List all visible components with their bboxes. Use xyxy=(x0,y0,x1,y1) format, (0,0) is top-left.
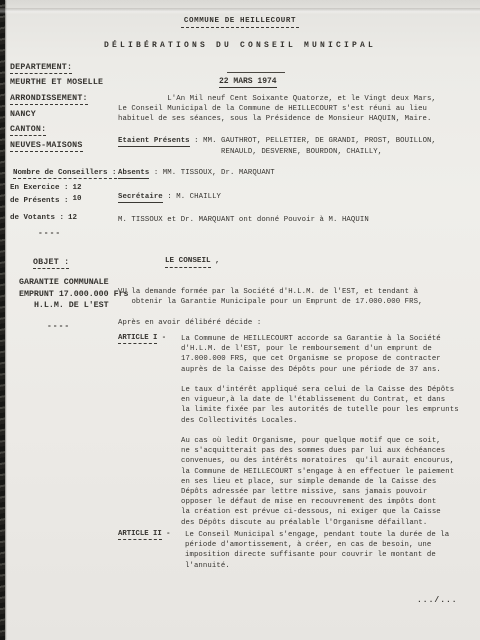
arrondissement-value: NANCY xyxy=(10,110,36,119)
canton-label: CANTON: xyxy=(10,125,46,136)
departement-label: DEPARTEMENT: xyxy=(10,63,72,74)
conseillers-title: Nombre de Conseillers : xyxy=(13,169,117,179)
article-2-label: ARTICLE II - xyxy=(118,530,175,540)
count-label: de Votants : xyxy=(10,214,64,222)
session-date: 22 MARS 1974 xyxy=(219,77,277,88)
canton-value: NEUVES-MAISONS xyxy=(10,141,83,152)
title-divider-line xyxy=(227,72,285,73)
absents-line: Absents : MM. TISSOUX, Dr. MARQUANT xyxy=(118,168,468,179)
vu-paragraph: VU la demande formée par la Société d'H.… xyxy=(118,287,473,307)
count-votants: de Votants :12 xyxy=(10,214,77,222)
continuation-mark: .../... xyxy=(417,596,458,605)
count-label: de Présents : xyxy=(10,197,69,205)
count-value: 12 xyxy=(64,214,77,222)
presents-label: Etaient Présents xyxy=(118,136,190,147)
paper-crease xyxy=(0,8,480,14)
count-value: 10 xyxy=(69,195,82,203)
article-2-body: Le Conseil Municipal s'engage, pendant t… xyxy=(185,530,475,571)
document-title: DÉLIBÉRATIONS DU CONSEIL MUNICIPAL xyxy=(0,41,480,50)
arrondissement-label: ARRONDISSEMENT: xyxy=(10,94,88,105)
objet-separator: ---- xyxy=(47,322,70,331)
presents-line: Etaient Présents : MM. GAUTHROT, PELLETI… xyxy=(118,136,468,157)
apres-line: Après en avoir délibéré décide : xyxy=(118,318,468,328)
secretaire-label: Secrétaire xyxy=(118,192,163,203)
sidebar-separator: ---- xyxy=(38,229,61,238)
count-en-exercice: En Exercice :12 xyxy=(10,184,82,192)
objet-text: GARANTIE COMMUNALE EMPRUNT 17.000.000 Fr… xyxy=(19,277,129,312)
secretaire-line: Secrétaire : M. CHAILLY xyxy=(118,192,468,203)
objet-label: OBJET : xyxy=(33,258,69,269)
scanned-document-page: COMMUNE DE HEILLECOURT DÉLIBÉRATIONS DU … xyxy=(0,0,480,640)
conseil-heading: LE CONSEIL , xyxy=(165,257,220,268)
count-presents: de Présents :10 xyxy=(10,197,82,205)
intro-paragraph: L'An Mil neuf Cent Soixante Quatorze, et… xyxy=(118,94,468,125)
binding-edge xyxy=(0,0,5,640)
secretaire-name: : M. CHAILLY xyxy=(163,193,221,201)
departement-value: MEURTHE ET MOSELLE xyxy=(10,78,103,87)
count-value: 12 xyxy=(69,184,82,192)
article-1-label: ARTICLE I - xyxy=(118,334,171,344)
absents-names: : MM. TISSOUX, Dr. MARQUANT xyxy=(149,169,274,177)
pouvoir-line: M. TISSOUX et Dr. MARQUANT ont donné Pou… xyxy=(118,215,468,225)
commune-header: COMMUNE DE HEILLECOURT xyxy=(0,17,480,28)
absents-label: Absents xyxy=(118,168,149,179)
article-1-body: La Commune de HEILLECOURT accorde sa Gar… xyxy=(181,334,471,528)
count-label: En Exercice : xyxy=(10,184,69,192)
commune-name: COMMUNE DE HEILLECOURT xyxy=(181,17,299,28)
